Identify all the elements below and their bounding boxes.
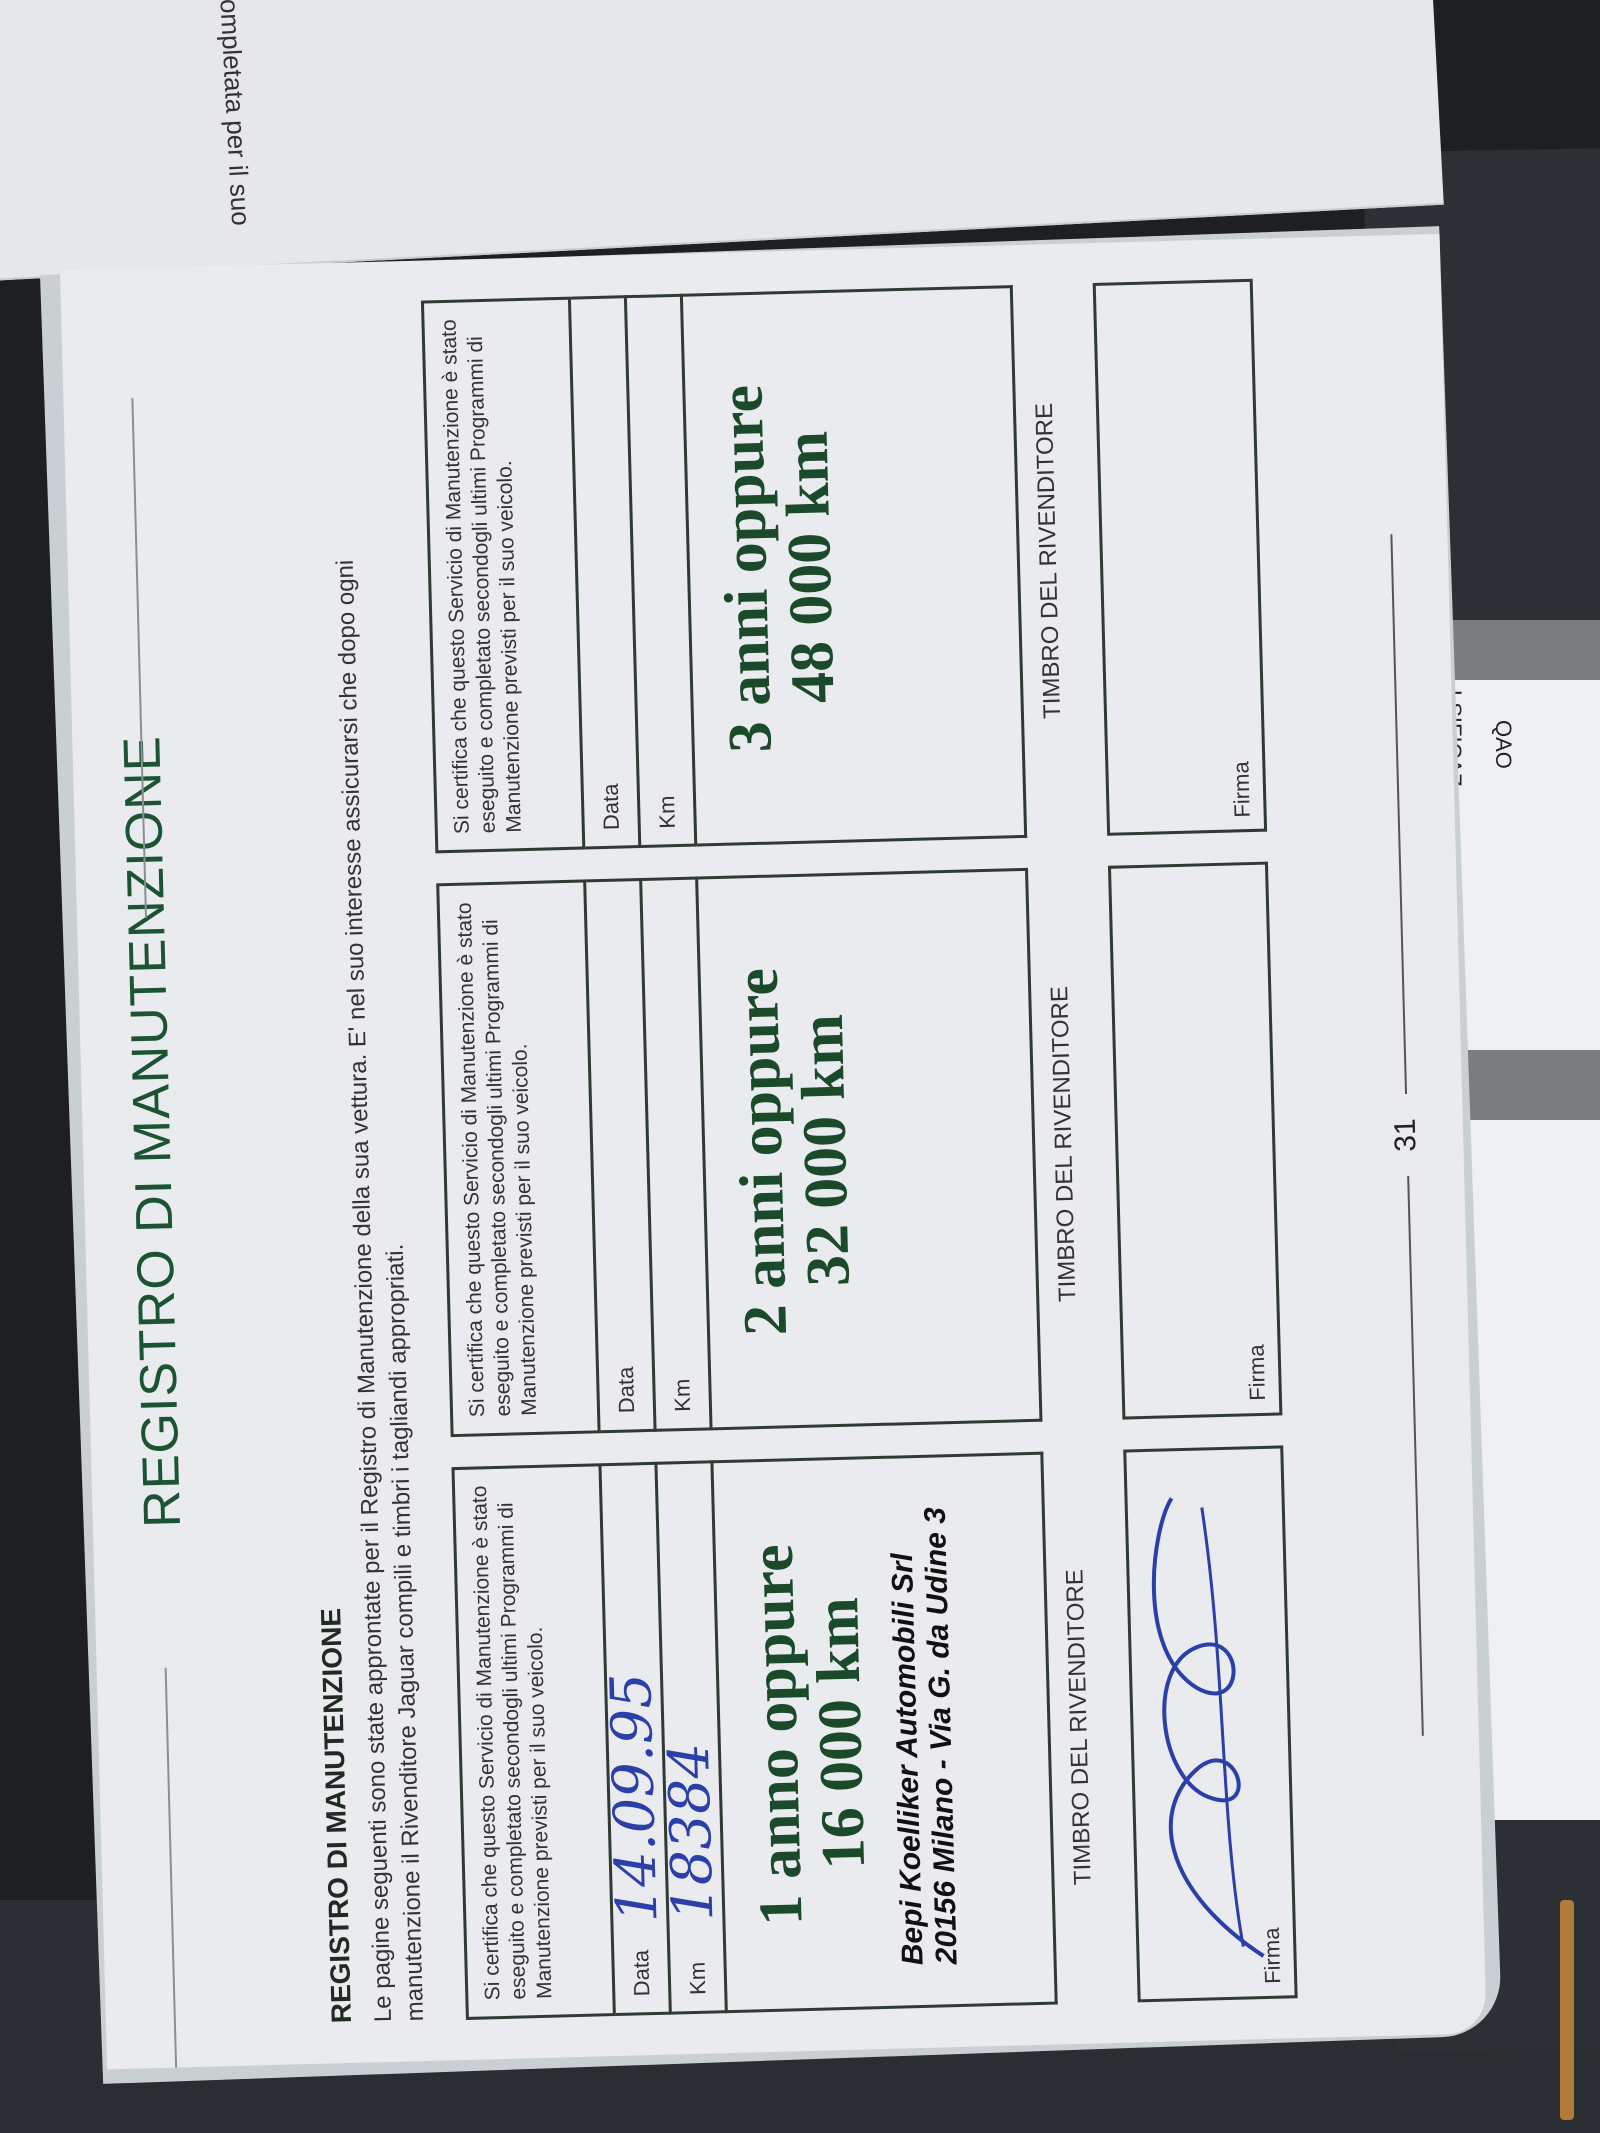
booklet-page-wrapper: REGISTRO DI MANUTENZIONE REGISTRO DI MAN… <box>60 234 1487 2070</box>
stamp-area: 1 anno oppure 16 000 km Bepi Koelliker A… <box>713 1451 1057 2013</box>
service-interval: 2 anni oppure 32 000 km <box>722 876 864 1426</box>
section-title: REGISTRO DI MANUTENZIONE <box>315 1608 358 2024</box>
service-coupon-2: Si certifica che questo Servicio di Manu… <box>436 861 1330 1437</box>
signature-scribble-icon <box>1131 1486 1284 1970</box>
date-label: Data <box>628 1950 654 1997</box>
previous-page-text: completata per il suo <box>211 0 260 226</box>
header-divider <box>165 1668 177 2068</box>
km-label: Km <box>669 1378 695 1412</box>
signature-label: Firma <box>1228 761 1255 818</box>
stamp-area: 2 anni oppure 32 000 km TIMBRO DEL RIVEN… <box>698 868 1042 1430</box>
stamp-label: TIMBRO DEL RIVENDITORE <box>1028 287 1070 835</box>
signature-label: Firma <box>1259 1927 1286 1984</box>
service-coupon-1: Si certifica che questo Servicio di Manu… <box>451 1444 1345 2020</box>
service-interval: 1 anno oppure 16 000 km <box>737 1459 879 2009</box>
certification-text: Si certifica che questo Servicio di Manu… <box>451 1463 615 2020</box>
km-label: Km <box>654 795 680 829</box>
certification-text: Si certifica che questo Servicio di Manu… <box>421 297 585 854</box>
date-label: Data <box>613 1366 639 1413</box>
stamp-label: TIMBRO DEL RIVENDITORE <box>1058 1453 1100 2001</box>
certification-text: Si certifica che questo Servicio di Manu… <box>436 880 600 1437</box>
signature-label: Firma <box>1244 1344 1271 1401</box>
dealer-stamp: Bepi Koelliker Automobili Srl 20156 Mila… <box>885 1507 965 1966</box>
stamp-label: TIMBRO DEL RIVENDITORE <box>1043 870 1085 1418</box>
km-label: Km <box>685 1962 711 1996</box>
km-handwritten-value: 18384 <box>657 1742 727 1922</box>
date-label: Data <box>598 783 624 830</box>
booklet-page: REGISTRO DI MANUTENZIONE REGISTRO DI MAN… <box>60 234 1487 2070</box>
folder-gold-trim <box>1560 1900 1574 2120</box>
document-label: QAO <box>1490 720 1516 769</box>
signature-field[interactable]: Firma <box>1093 279 1267 836</box>
page-header-title: REGISTRO DI MANUTENZIONE <box>112 735 193 1529</box>
signature-field[interactable]: Firma <box>1123 1445 1297 2002</box>
service-coupon-3: Si certifica che questo Servicio di Manu… <box>421 278 1315 854</box>
signature-field[interactable]: Firma <box>1108 862 1282 1419</box>
page-number: 31 <box>1366 235 1447 2035</box>
stamp-area: 3 anni oppure 48 000 km TIMBRO DEL RIVEN… <box>683 285 1027 847</box>
service-coupons: Si certifica che questo Servicio di Manu… <box>421 278 1346 2020</box>
service-interval: 3 anni oppure 48 000 km <box>707 293 849 843</box>
